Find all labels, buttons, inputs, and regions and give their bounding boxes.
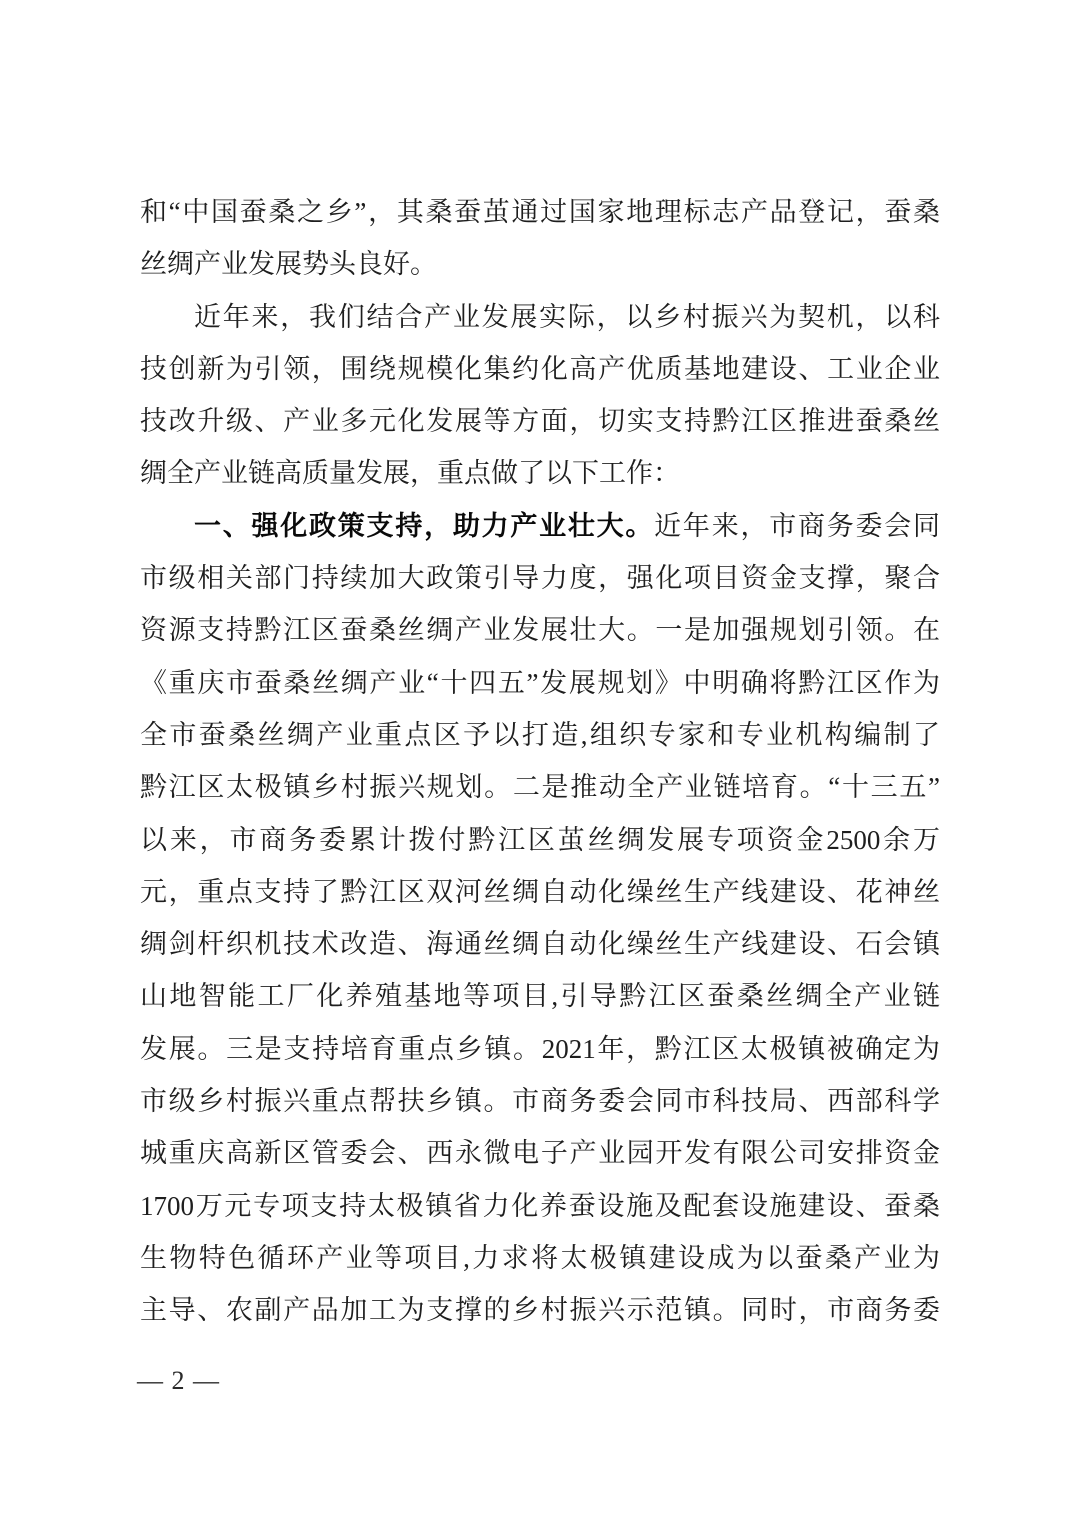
text-line: 丝绸产业发展势头良好。 (140, 238, 940, 290)
text-line: 生物特色循环产业等项目,力求将太极镇建设成为以蚕桑产业为 (140, 1232, 940, 1284)
text-line: 一、强化政策支持，助力产业壮大。近年来，市商务委会同 (140, 500, 940, 552)
text-line: 1700万元专项支持太极镇省力化养蚕设施及配套设施建设、蚕桑 (140, 1180, 940, 1232)
text-line: 绸全产业链高质量发展，重点做了以下工作： (140, 447, 940, 499)
text-line: 资源支持黔江区蚕桑丝绸产业发展壮大。一是加强规划引领。在 (140, 604, 940, 656)
section-heading: 一、强化政策支持，助力产业壮大。 (194, 511, 654, 541)
text-line: 全市蚕桑丝绸产业重点区予以打造,组织专家和专业机构编制了 (140, 709, 940, 761)
text-line: 发展。三是支持培育重点乡镇。2021年，黔江区太极镇被确定为 (140, 1023, 940, 1075)
text-line: 近年来，我们结合产业发展实际，以乡村振兴为契机，以科 (140, 291, 940, 343)
page-body: 和“中国蚕桑之乡”，其桑蚕茧通过国家地理标志产品登记，蚕桑 丝绸产业发展势头良好… (140, 186, 940, 1337)
page-number: — 2 — (137, 1366, 220, 1395)
text-line: 以来，市商务委累计拨付黔江区茧丝绸发展专项资金2500余万 (140, 814, 940, 866)
text-line: 技改升级、产业多元化发展等方面，切实支持黔江区推进蚕桑丝 (140, 395, 940, 447)
text-line: 元，重点支持了黔江区双河丝绸自动化缲丝生产线建设、花神丝 (140, 866, 940, 918)
text-line: 绸剑杆织机技术改造、海通丝绸自动化缲丝生产线建设、石会镇 (140, 918, 940, 970)
text-line: 技创新为引领，围绕规模化集约化高产优质基地建设、工业企业 (140, 343, 940, 395)
text-line: 市级乡村振兴重点帮扶乡镇。市商务委会同市科技局、西部科学 (140, 1075, 940, 1127)
text-line: 城重庆高新区管委会、西永微电子产业园开发有限公司安排资金 (140, 1127, 940, 1179)
page-footer: — 2 — (137, 1366, 220, 1396)
text-line: 黔江区太极镇乡村振兴规划。二是推动全产业链培育。“十三五” (140, 761, 940, 813)
text-line: 主导、农副产品加工为支撑的乡村振兴示范镇。同时，市商务委 (140, 1284, 940, 1336)
text-run: 近年来，市商务委会同 (654, 511, 940, 541)
text-line: 山地智能工厂化养殖基地等项目,引导黔江区蚕桑丝绸全产业链 (140, 970, 940, 1022)
text-line: 市级相关部门持续加大政策引导力度，强化项目资金支撑，聚合 (140, 552, 940, 604)
text-line: 和“中国蚕桑之乡”，其桑蚕茧通过国家地理标志产品登记，蚕桑 (140, 186, 940, 238)
text-line: 《重庆市蚕桑丝绸产业“十四五”发展规划》中明确将黔江区作为 (140, 657, 940, 709)
document-page: 和“中国蚕桑之乡”，其桑蚕茧通过国家地理标志产品登记，蚕桑 丝绸产业发展势头良好… (0, 0, 1074, 1520)
